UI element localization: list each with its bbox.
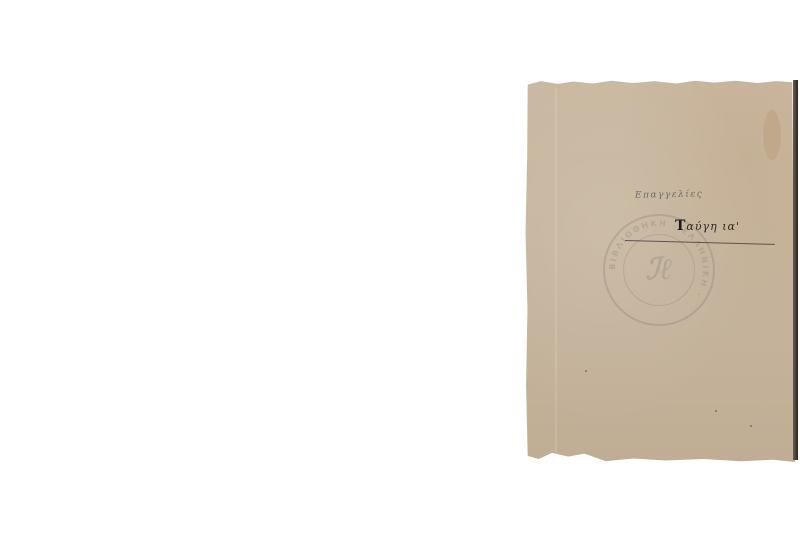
paper-fold-line [555,88,557,458]
handwritten-heading: Επαγγελίες [635,189,703,200]
paper-stain [763,110,781,160]
handwritten-title-initial: Τ [675,218,686,234]
paper-speck [715,410,717,412]
stamp-inner-ring: ℐℓ [623,234,695,306]
paper-speck [585,370,587,372]
handwritten-title-text: αύγη ια' [686,220,740,233]
page-edge-shadow [793,80,798,460]
stamp-monogram: ℐℓ [624,252,694,287]
document-viewer: ΒΙΒΛΙΟΘΗΚΗ · ΕΛΛΗΝΙΚΗ · ℐℓ Επαγγελίες Τα… [0,0,800,549]
paper-speck [750,425,752,427]
scanned-page: ΒΙΒΛΙΟΘΗΚΗ · ΕΛΛΗΝΙΚΗ · ℐℓ Επαγγελίες Τα… [525,80,795,462]
handwritten-title: Ταύγη ια' [675,218,740,234]
